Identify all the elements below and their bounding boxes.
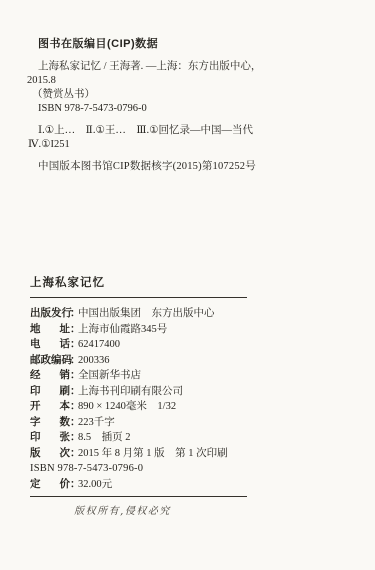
row-colon: ： bbox=[70, 399, 78, 415]
row-value: 32.00元 bbox=[78, 477, 112, 493]
publisher-row: 出版发行 ： 中国出版集团 东方出版中心 bbox=[30, 306, 247, 322]
row-value: 62417400 bbox=[78, 337, 120, 353]
row-colon: ： bbox=[70, 415, 78, 431]
row-label: 版次 bbox=[30, 446, 70, 462]
row-label: 经销 bbox=[30, 368, 70, 384]
bottom-divider bbox=[30, 496, 247, 497]
colophon-rows: 出版发行 ： 中国出版集团 东方出版中心 地址 ： 上海市仙霞路345号 电话 … bbox=[30, 306, 247, 492]
row-value: 223千字 bbox=[78, 415, 115, 431]
cip-description-line1: 上海私家记忆 / 王海著. —上海：东方出版中心， bbox=[38, 60, 355, 74]
row-value: 全国新华书店 bbox=[78, 368, 141, 384]
postcode-row: 邮政编码 ： 200336 bbox=[30, 353, 247, 369]
format-row: 开本 ： 890 × 1240毫米 1/32 bbox=[30, 399, 247, 415]
printer-row: 印刷 ： 上海书刊印刷有限公司 bbox=[30, 384, 247, 400]
row-value: 890 × 1240毫米 1/32 bbox=[78, 399, 176, 415]
book-title: 上海私家记忆 bbox=[30, 276, 247, 290]
row-colon: ： bbox=[70, 306, 78, 322]
row-value: 中国出版集团 东方出版中心 bbox=[78, 306, 215, 322]
row-label: 开本 bbox=[30, 399, 70, 415]
colophon-block: 上海私家记忆 出版发行 ： 中国出版集团 东方出版中心 地址 ： 上海市仙霞路3… bbox=[30, 276, 247, 497]
row-value: 200336 bbox=[78, 353, 110, 369]
sheets-row: 印张 ： 8.5 插页 2 bbox=[30, 430, 247, 446]
row-colon: ： bbox=[70, 477, 78, 493]
cip-description-line2: 2015.8 bbox=[27, 74, 355, 88]
row-value: 2015 年 8 月第 1 版 第 1 次印刷 bbox=[78, 446, 228, 462]
row-label: 定价 bbox=[30, 477, 70, 493]
address-row: 地址 ： 上海市仙霞路345号 bbox=[30, 322, 247, 338]
cip-classification-line1: Ⅰ.①上… Ⅱ.①王… Ⅲ.①回忆录—中国—当代 bbox=[38, 124, 355, 138]
row-colon: ： bbox=[70, 353, 78, 369]
distributor-row: 经销 ： 全国新华书店 bbox=[30, 368, 247, 384]
row-colon: ： bbox=[70, 322, 78, 338]
title-divider bbox=[30, 297, 247, 298]
cip-header: 图书在版编目(CIP)数据 bbox=[38, 36, 355, 52]
cip-isbn: ISBN 978-7-5473-0796-0 bbox=[38, 102, 355, 116]
row-label: 印张 bbox=[30, 430, 70, 446]
row-colon: ： bbox=[70, 337, 78, 353]
edition-row: 版次 ： 2015 年 8 月第 1 版 第 1 次印刷 bbox=[30, 446, 247, 462]
row-label: 出版发行 bbox=[30, 306, 70, 322]
row-colon: ： bbox=[70, 368, 78, 384]
row-label: 邮政编码 bbox=[30, 353, 70, 369]
row-label: 地址 bbox=[30, 322, 70, 338]
book-copyright-page: 图书在版编目(CIP)数据 上海私家记忆 / 王海著. —上海：东方出版中心， … bbox=[0, 0, 375, 570]
row-value: 上海书刊印刷有限公司 bbox=[78, 384, 183, 400]
cip-classification-line2: Ⅳ.①I251 bbox=[28, 138, 355, 152]
copyright-notice: 版权所有,侵权必究 bbox=[14, 505, 231, 519]
row-colon: ： bbox=[70, 446, 78, 462]
phone-row: 电话 ： 62417400 bbox=[30, 337, 247, 353]
isbn-row: ISBN 978-7-5473-0796-0 bbox=[30, 461, 247, 477]
cip-series: （赞赏丛书） bbox=[32, 88, 355, 102]
cip-record-number: 中国版本图书馆CIP数据核字(2015)第107252号 bbox=[38, 160, 355, 174]
cip-block: 图书在版编目(CIP)数据 上海私家记忆 / 王海著. —上海：东方出版中心， … bbox=[27, 36, 355, 174]
price-row: 定价 ： 32.00元 bbox=[30, 477, 247, 493]
row-value: 8.5 插页 2 bbox=[78, 430, 131, 446]
word-count-row: 字数 ： 223千字 bbox=[30, 415, 247, 431]
row-label: 印刷 bbox=[30, 384, 70, 400]
row-colon: ： bbox=[70, 384, 78, 400]
row-colon: ： bbox=[70, 430, 78, 446]
row-label: 字数 bbox=[30, 415, 70, 431]
row-label: 电话 bbox=[30, 337, 70, 353]
row-value: 上海市仙霞路345号 bbox=[78, 322, 167, 338]
